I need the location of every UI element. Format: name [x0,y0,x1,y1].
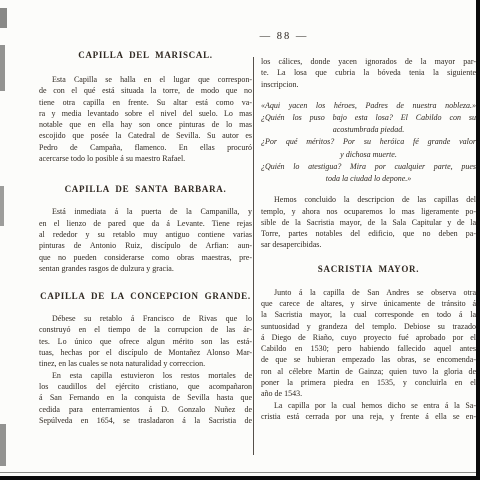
text-line: Sepúlveda en 1654, se trasladaron á la S… [39,415,252,426]
text-line: de con el qué está situada la torre, de … [39,85,252,96]
tomb-inscription: «Aqui yacen los héroes, Padres de nuestr… [261,100,476,185]
text-line: acostumbrada piedad. [261,124,476,136]
text-line: ra y media levantado sobre el nivel del … [39,108,252,119]
paragraph-sacristia-junto: Junto á la capilla de San Andres se obse… [261,287,476,400]
page-edge-bottom [0,476,480,480]
text-line: Junto á la capilla de San Andres se obse… [261,287,476,298]
text-line: sentan grandes rasgos de dulzura y graci… [39,263,252,274]
text-line: ¿Por qué méritos? Por su heróica fé gran… [261,136,476,148]
text-line: año de 1543. [261,388,476,399]
paragraph-concepcion-retablo: Débese su retablo á Francisco de Rivas q… [39,313,252,369]
text-line: «Aqui yacen los héroes, Padres de nuestr… [261,100,476,112]
text-line: los cálices, donde yacen ignorados de la… [261,56,476,67]
page-number: — 88 — [238,31,330,42]
text-line: tinez, en las cuales se nota naturalidad… [39,358,252,369]
text-line: inscripcion. [261,79,476,90]
text-line: á San Fernando en la conquista de Sevill… [39,392,252,403]
paragraph-closing-capillas: Hemos concluido la descripcion de las ca… [261,194,476,250]
paragraph-santa-barbara: Está inmediata á la puerta de la Campani… [39,206,252,274]
text-line: de que se hubieran empezado las obras, s… [261,354,476,365]
section-heading-concepcion-grande: CAPILLA DE LA CONCEPCION GRANDE. [39,291,252,302]
page-edge-right [476,0,480,480]
text-line: Hemos concluido la descripcion de las ca… [261,194,476,205]
text-line: Débese su retablo á Francisco de Rivas q… [39,313,252,324]
paragraph-mariscal: Esta Capilla se halla en el lugar que co… [39,74,252,164]
text-line: ¿Quién los puso bajo esta losa? El Cabil… [261,112,476,124]
text-line: toda la ciudad lo depone.» [261,173,476,185]
scan-speck [0,424,6,466]
text-line: notable que en ella hay son once pintura… [39,119,252,130]
text-line: que carece de altares, y sirve únicament… [261,298,476,309]
paragraph-sacristia-reja: La capilla por la cual hemos dicho se en… [261,400,476,423]
text-line: escojido que posée la Catedral de Sevill… [39,130,252,141]
text-line: pinturas de Antonio Ruiz, discípulo de A… [39,240,252,251]
text-line: ron al célebre Martin de Gainza; quien t… [261,366,476,377]
text-line: construyó en el tiempo de la corrupcion … [39,324,252,335]
text-line: sible de la Sacristia mayor, de la Sala … [261,217,476,228]
paragraph-continuation: los cálices, donde yacen ignorados de la… [261,56,476,90]
paragraph-concepcion-caudillos: En esta capilla estuvieron los restos mo… [39,370,252,426]
text-line: tuas, hechas por el discípulo de Montañe… [39,347,252,358]
text-line: Torre, partes notables del edificio, que… [261,228,476,239]
text-line: tes. Lo único que ofrece algun mérito so… [39,336,252,347]
text-line: templo, y ahora nos ocuparemos lo mas li… [261,206,476,217]
text-line: al rededor y su retablo muy antiguo cont… [39,229,252,240]
text-line: Esta Capilla se halla en el lugar que co… [39,74,252,85]
left-column: CAPILLA DEL MARISCAL. Esta Capilla se ha… [39,50,252,426]
section-heading-sacristia-mayor: SACRISTIA MAYOR. [261,264,476,275]
text-line: cristia está cerrada por una reja, y fre… [261,411,476,422]
bottom-rule [0,472,480,473]
text-line: ¿Quién lo atestigua? Mira por cualquier … [261,161,476,173]
text-line: á Diego de Riaño, cuyo proyecto fué apro… [261,332,476,343]
text-line: Pedro de Campaña, flamenco. En ellas pro… [39,142,252,153]
text-line: cedida para enterramientos á D. Gonzalo … [39,404,252,415]
right-column: los cálices, donde yacen ignorados de la… [261,56,476,422]
text-line: suntuosidad y grandeza del templo. Debio… [261,321,476,332]
scan-speck [0,8,7,28]
scan-speck [0,45,5,91]
scan-speck [0,186,4,226]
text-line: poner la primera piedra en 1535, y concl… [261,377,476,388]
text-line: que no pueden considerarse como obras ma… [39,252,252,263]
text-line: Está inmediata á la puerta de la Campani… [39,206,252,217]
text-line: La capilla por la cual hemos dicho se en… [261,400,476,411]
text-line: la Sacristia mayor, la cual corresponde … [261,309,476,320]
text-line: tiene otra capilla en frente. Su altar e… [39,97,252,108]
text-line: En esta capilla estuvieron los restos mo… [39,370,252,381]
column-divider-rule [253,57,254,455]
text-line: en el lienzo de pared que da á Levante. … [39,218,252,229]
text-line: acercarse todo lo posible á su maestro R… [39,153,252,164]
text-line: te. La losa que cubria la bóveda tenia l… [261,67,476,78]
text-line: y dichosa muerte. [261,149,476,161]
text-line: sar desapercibidas. [261,239,476,250]
text-line: Cabildo en 1530; pero habiendo fallecido… [261,343,476,354]
text-line: los caudillos del ejército cristiano, qu… [39,381,252,392]
book-page-scan: — 88 — CAPILLA DEL MARISCAL. Esta Capill… [0,0,480,480]
section-heading-santa-barbara: CAPILLA DE SANTA BARBARA. [39,184,252,195]
section-heading-capilla-del-mariscal: CAPILLA DEL MARISCAL. [39,50,252,61]
